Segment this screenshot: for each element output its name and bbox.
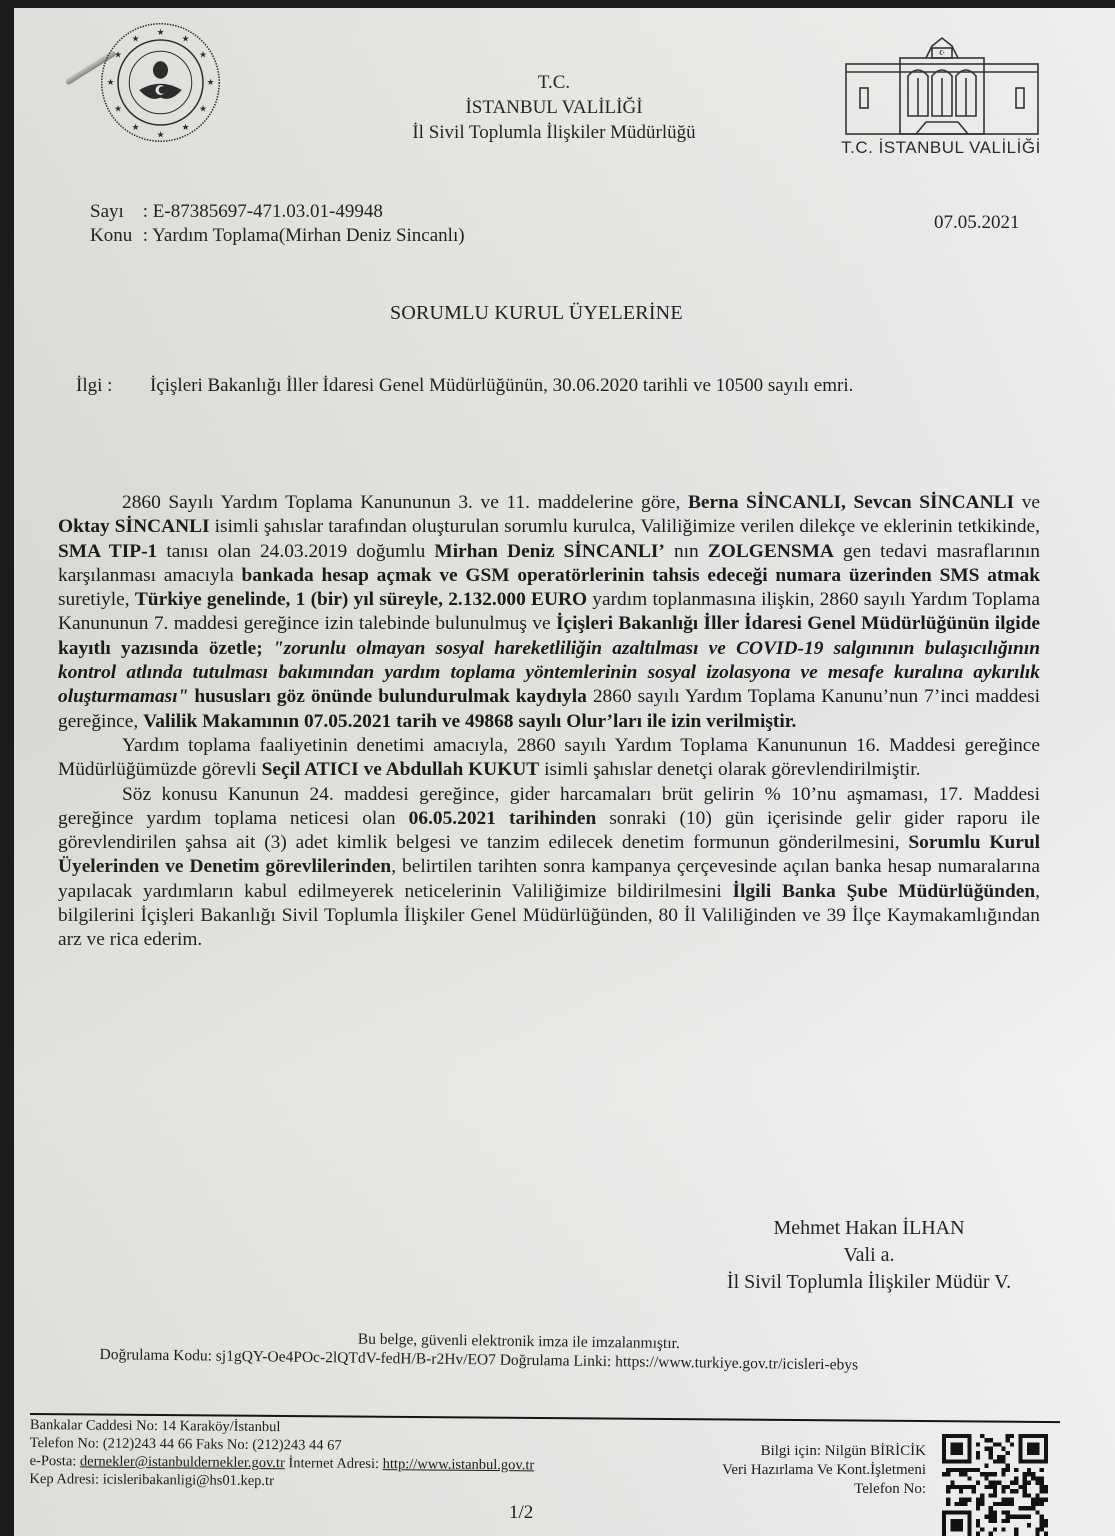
letter-body: 2860 Sayılı Yardım Toplama Kanununun 3. … (58, 491, 1040, 953)
letterhead-line-3: İl Sivil Toplumla İlişkiler Müdürlüğü (314, 120, 794, 145)
letterhead-line-1: T.C. (314, 70, 794, 95)
sayi-value: : E-87385697-471.03.01-49948 (143, 200, 383, 224)
footer-web-link[interactable]: http://www.istanbul.gov.tr (383, 1456, 535, 1473)
svg-text:★: ★ (199, 51, 207, 61)
signatory-title-2: İl Sivil Toplumla İlişkiler Müdür V. (694, 1269, 1044, 1296)
svg-text:★: ★ (114, 51, 122, 61)
svg-text:★: ★ (157, 131, 165, 141)
signatory-title-1: Vali a. (694, 1242, 1044, 1269)
svg-text:★: ★ (107, 78, 115, 88)
svg-text:★: ★ (157, 28, 165, 38)
verification-code-label: Doğrulama Kodu: (99, 1346, 212, 1365)
reference-text: İçişleri Bakanlığı İller İdaresi Genel M… (150, 374, 890, 398)
reference: İlgi : İçişleri Bakanlığı İller İdaresi … (76, 374, 956, 398)
ministry-seal-icon: ★★★ ★★ ★★ ★★ ★★★ (98, 20, 223, 145)
qr-code-icon (942, 1434, 1048, 1536)
svg-text:☪: ☪ (939, 49, 945, 57)
svg-text:★: ★ (182, 34, 190, 44)
signatory-name: Mehmet Hakan İLHAN (694, 1215, 1044, 1242)
svg-text:★: ★ (114, 104, 122, 114)
letterhead: T.C. İSTANBUL VALİLİĞİ İl Sivil Toplumla… (314, 70, 794, 145)
footer-info: Bilgi için: Nilgün BİRİCİK Veri Hazırlam… (704, 1442, 926, 1499)
konu-value: : Yardım Toplama(Mirhan Deniz Sincanlı) (143, 224, 465, 248)
letterhead-line-2: İSTANBUL VALİLİĞİ (314, 95, 794, 120)
esignature-note: Bu belge, güvenli elektronik imza ile im… (99, 1326, 999, 1377)
sayi-label: Sayı (90, 200, 138, 224)
document-meta: Sayı : E-87385697-471.03.01-49948 Konu :… (90, 200, 465, 248)
footer-web-label: İnternet Adresi: (288, 1455, 379, 1472)
body-paragraph-3: Söz konusu Kanunun 24. maddesi gereğince… (58, 783, 1040, 953)
info-role: Veri Hazırlama Ve Kont.İşletmeni (704, 1461, 926, 1480)
document-page: ★★★ ★★ ★★ ★★ ★★★ T.C. İSTANBUL VALİLİĞİ … (14, 8, 1115, 1536)
konu-label: Konu (90, 224, 138, 248)
governorship-building-icon: ☪ (842, 36, 1042, 146)
signature-block: Mehmet Hakan İLHAN Vali a. İl Sivil Topl… (694, 1215, 1044, 1296)
reference-label: İlgi : (76, 374, 150, 398)
svg-text:★: ★ (132, 123, 140, 133)
verification-link[interactable]: https://www.turkiye.gov.tr/icisleri-ebys (615, 1353, 858, 1373)
addressee: SORUMLU KURUL ÜYELERİNE (390, 302, 683, 325)
footer-contact: Bankalar Caddesi No: 14 Karaköy/İstanbul… (29, 1416, 534, 1492)
body-paragraph-2: Yardım toplama faaliyetinin denetimi ama… (58, 734, 1040, 783)
verification-link-label: Doğrulama Linki: (500, 1352, 612, 1371)
body-paragraph-1: 2860 Sayılı Yardım Toplama Kanununun 3. … (58, 491, 1040, 734)
svg-text:★: ★ (182, 123, 190, 133)
info-phone: Telefon No: (704, 1480, 926, 1499)
right-logo-caption: T.C. İSTANBUL VALİLİĞİ (836, 138, 1046, 158)
info-contact: Bilgi için: Nilgün BİRİCİK (704, 1442, 926, 1461)
footer-email-link[interactable]: dernekler@istanbuldernekler.gov.tr (80, 1453, 285, 1471)
footer-email-label: e-Posta: (30, 1453, 77, 1469)
document-date: 07.05.2021 (934, 212, 1020, 234)
svg-text:★: ★ (132, 34, 140, 44)
page-number: 1/2 (509, 1502, 533, 1524)
svg-text:★: ★ (207, 78, 215, 88)
verification-code: sj1gQY-Oe4POc-2lQTdV-fedH/B-r2Hv/EO7 (216, 1348, 496, 1369)
svg-text:★: ★ (199, 104, 207, 114)
